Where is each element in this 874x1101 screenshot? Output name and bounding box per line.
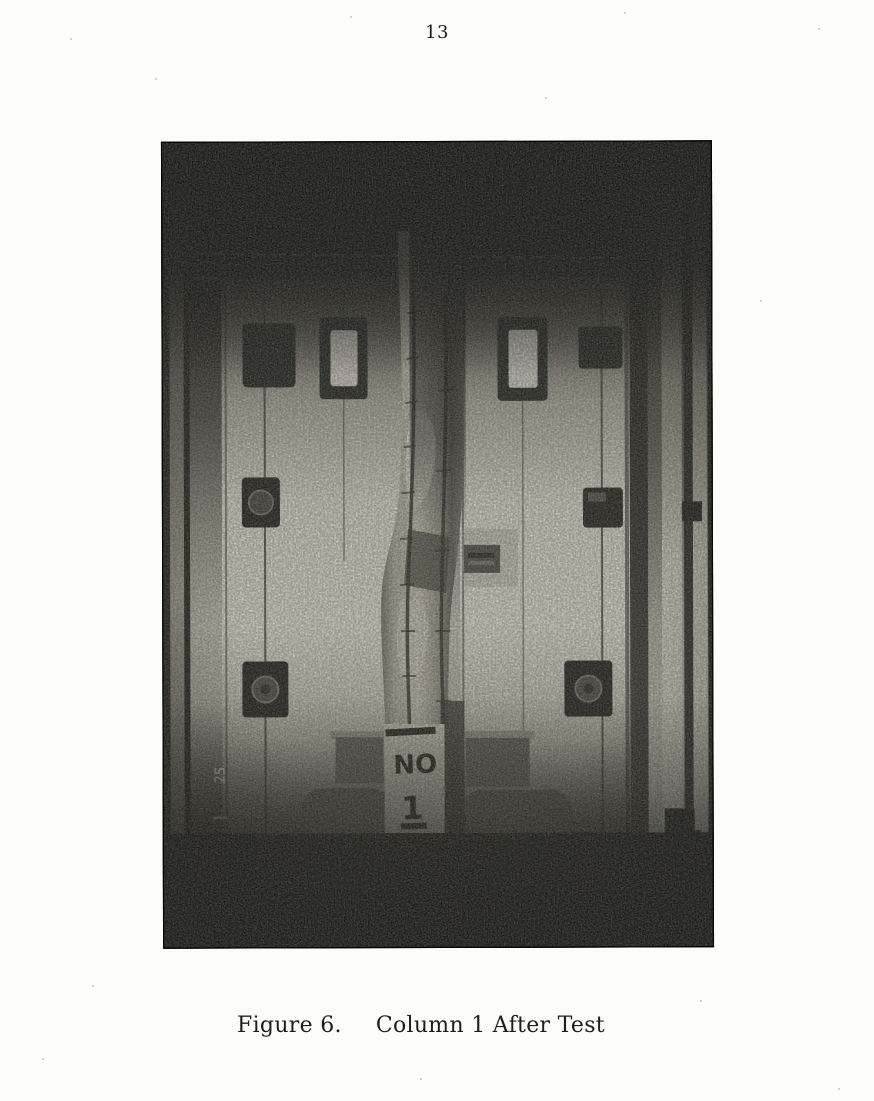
scan-speckle — [420, 1078, 422, 1080]
figure-photo: 25 NO 1 — [161, 140, 714, 948]
scan-speckle — [760, 300, 762, 302]
scan-speckle — [818, 28, 820, 30]
scan-speckle — [838, 1088, 840, 1090]
scan-speckle — [92, 985, 94, 987]
scan-speckle — [70, 38, 72, 40]
figure-caption-label: Figure 6. — [237, 1013, 342, 1038]
scan-speckle — [155, 78, 157, 80]
page-number: 13 — [0, 22, 874, 43]
figure-caption-title: Column 1 After Test — [376, 1013, 605, 1038]
figure-caption: Figure 6.Column 1 After Test — [0, 1013, 858, 1038]
scan-speckle — [700, 1000, 702, 1002]
scan-speckle — [350, 16, 352, 18]
scan-speckle — [624, 12, 626, 14]
scan-speckle — [545, 97, 547, 99]
film-grain-light — [161, 140, 714, 948]
scan-speckle — [42, 1058, 44, 1060]
